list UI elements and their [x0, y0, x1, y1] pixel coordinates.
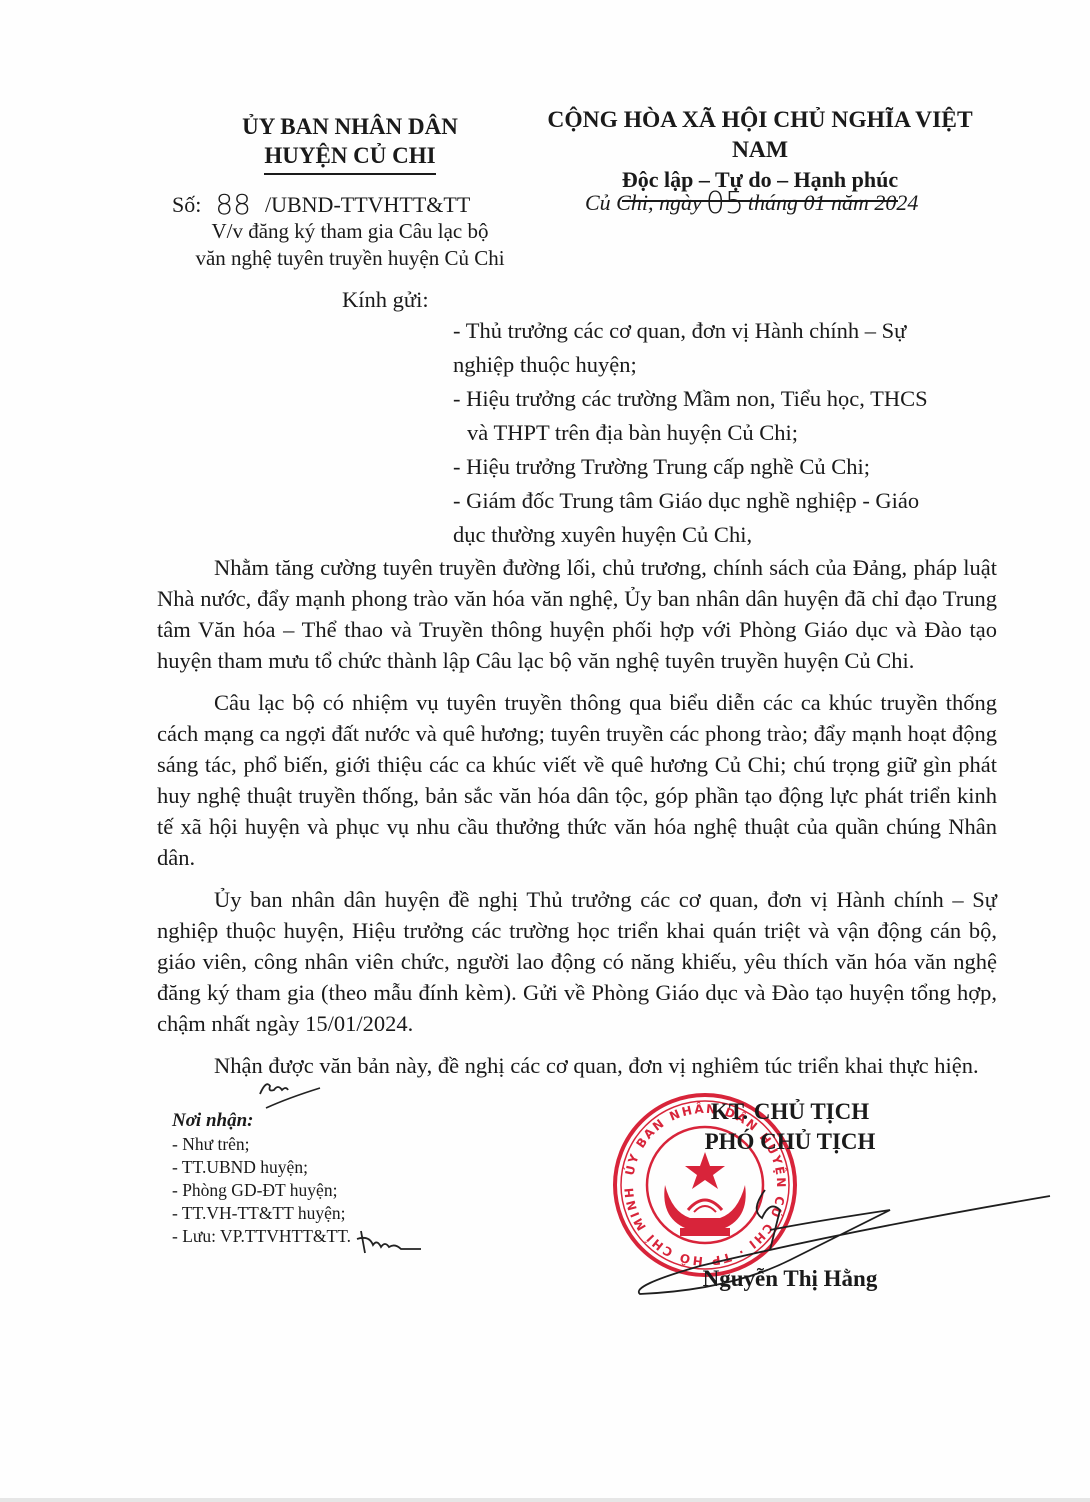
receiver-item: - Như trên; [172, 1133, 351, 1156]
document-subject: V/v đăng ký tham gia Câu lạc bộ văn nghệ… [150, 218, 550, 272]
recipient-line: - Giám đốc Trung tâm Giáo dục nghề nghiệ… [453, 484, 993, 518]
doc-no-suffix: /UBND-TTVHTT&TT [265, 192, 470, 217]
body-paragraph: Câu lạc bộ có nhiệm vụ tuyên truyền thôn… [157, 687, 997, 873]
receiver-item: - Lưu: VP.TTVHTT&TT. [172, 1225, 351, 1248]
org-line-1: ỦY BAN NHÂN DÂN [150, 112, 550, 141]
subject-line-2: văn nghệ tuyên truyền huyện Củ Chi [150, 245, 550, 272]
date-prefix: Củ Chi, ngày [585, 190, 702, 215]
recipient-line: - Thủ trưởng các cơ quan, đơn vị Hành ch… [453, 314, 993, 348]
signer-title-line-1: KT. CHỦ TỊCH [660, 1097, 920, 1127]
date-day: 05 [706, 186, 744, 221]
date-suffix: tháng 01 năm 2024 [748, 190, 919, 215]
signer-title: KT. CHỦ TỊCH PHÓ CHỦ TỊCH [660, 1097, 920, 1157]
receiver-item: - Phòng GD-ĐT huyện; [172, 1179, 351, 1202]
subject-line-1: V/v đăng ký tham gia Câu lạc bộ [150, 218, 550, 245]
doc-no-label: Số: [172, 192, 201, 217]
greeting: Kính gửi: [342, 287, 429, 313]
document-number: Số:88/UBND-TTVHTT&TT [172, 188, 470, 221]
recipient-list: - Thủ trưởng các cơ quan, đơn vị Hành ch… [453, 314, 993, 552]
receiver-item: - TT.VH-TT&TT huyện; [172, 1202, 351, 1225]
page-bottom-edge [0, 1498, 1090, 1502]
issuing-authority: ỦY BAN NHÂN DÂN HUYỆN CỦ CHI [150, 112, 550, 175]
handwritten-initial-icon [355, 1225, 425, 1260]
signer-name: Nguyễn Thị Hằng [640, 1266, 940, 1292]
nation-name: CỘNG HÒA XÃ HỘI CHỦ NGHĨA VIỆT NAM [525, 105, 995, 165]
recipient-line: nghiệp thuộc huyện; [453, 348, 993, 382]
doc-no-value: 88 [215, 188, 251, 221]
issue-date: Củ Chi, ngày05tháng 01 năm 2024 [585, 186, 918, 221]
receiver-item: - TT.UBND huyện; [172, 1156, 351, 1179]
recipient-line: - Hiệu trưởng các trường Mầm non, Tiểu h… [453, 382, 993, 416]
receivers-title: Nơi nhận: [172, 1108, 351, 1133]
recipient-line: và THPT trên địa bàn huyện Củ Chi; [453, 416, 993, 450]
letter-body: Nhằm tăng cường tuyên truyền đường lối, … [157, 552, 997, 1092]
recipient-line: - Hiệu trưởng Trường Trung cấp nghề Củ C… [453, 450, 993, 484]
receivers-block: Nơi nhận: - Như trên; - TT.UBND huyện; -… [172, 1108, 351, 1248]
handwritten-initial-icon [258, 1072, 338, 1112]
recipient-line: dục thường xuyên huyện Củ Chi, [453, 518, 993, 552]
body-paragraph: Nhằm tăng cường tuyên truyền đường lối, … [157, 552, 997, 676]
org-line-2: HUYỆN CỦ CHI [264, 141, 435, 175]
body-paragraph: Ủy ban nhân dân huyện đề nghị Thủ trưởng… [157, 884, 997, 1039]
signer-title-line-2: PHÓ CHỦ TỊCH [660, 1127, 920, 1157]
